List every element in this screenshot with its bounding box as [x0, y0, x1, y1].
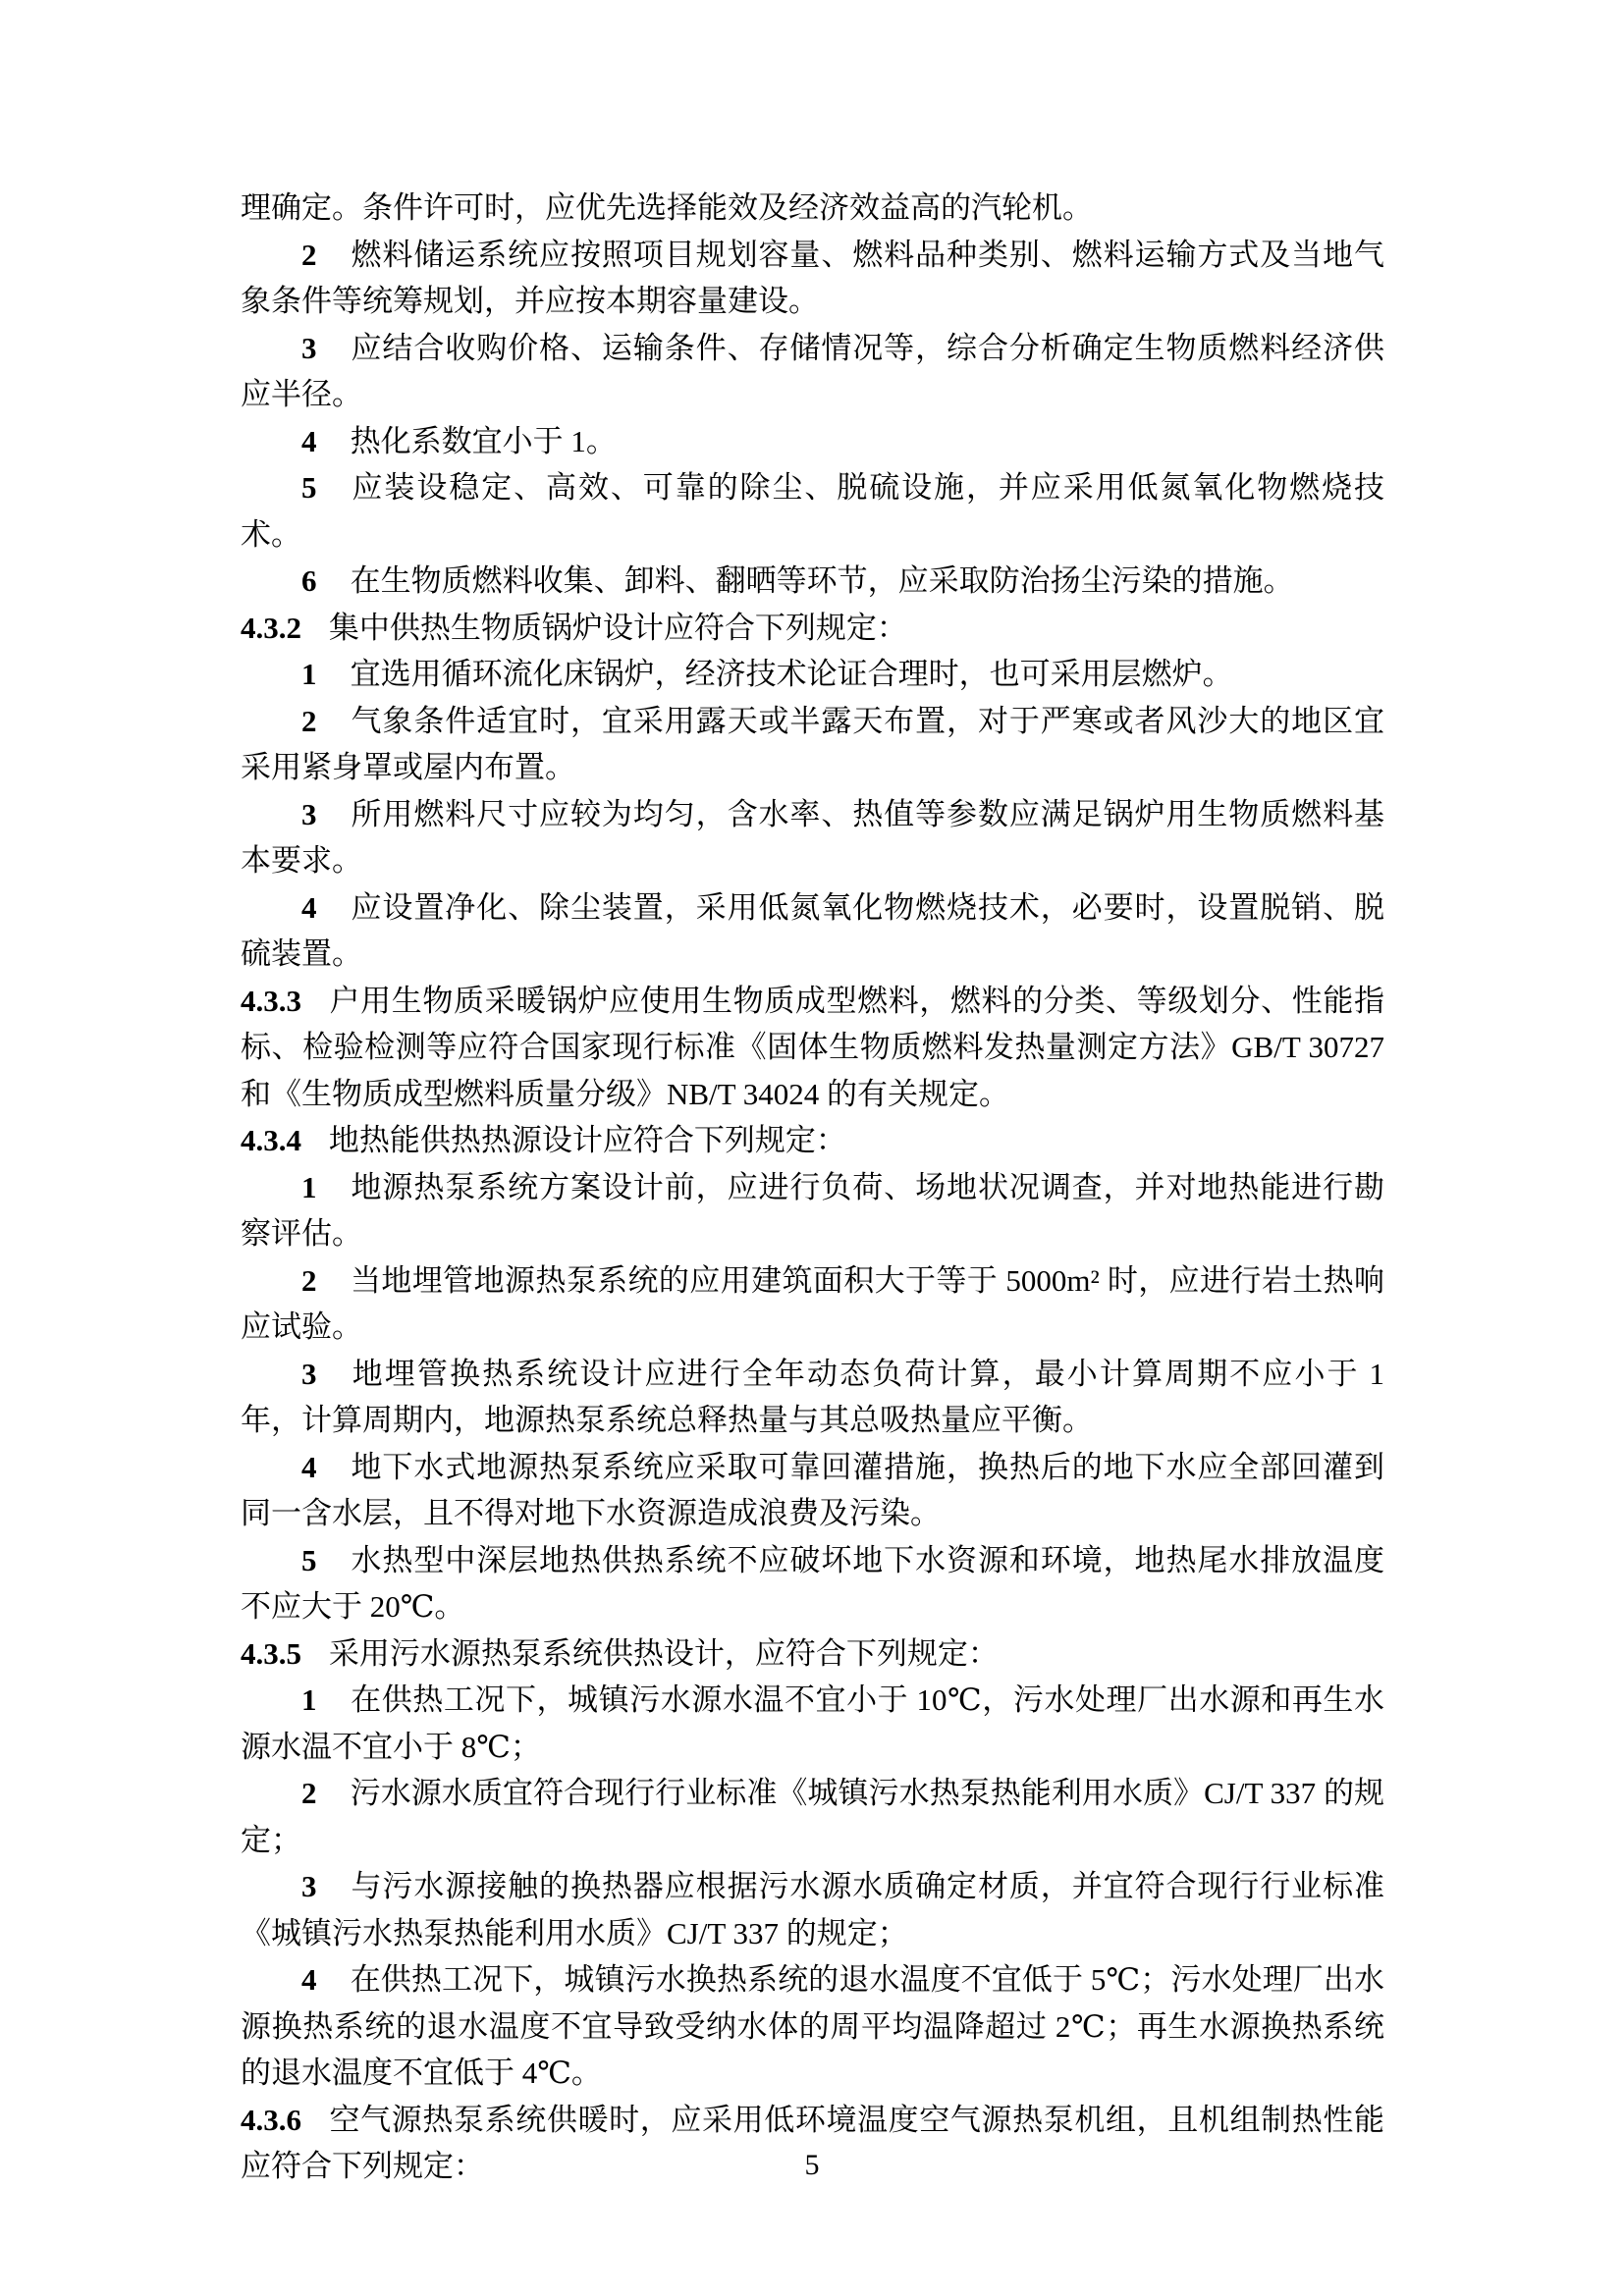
paragraph: 2燃料储运系统应按照项目规划容量、燃料品种类别、燃料运输方式及当地气象条件等统筹… — [241, 232, 1384, 325]
paragraph: 4热化系数宜小于 1。 — [241, 418, 1384, 465]
paragraph-text: 应设置净化、除尘装置，采用低氮氧化物燃烧技术，必要时，设置脱销、脱硫装置。 — [241, 890, 1384, 972]
clause-number: 3 — [301, 331, 317, 365]
paragraph-text: 与污水源接触的换热器应根据污水源水质确定材质，并宜符合现行行业标准《城镇污水热泵… — [241, 1869, 1384, 1950]
clause-number: 4 — [301, 1962, 317, 1997]
paragraph: 2气象条件适宜时，宜采用露天或半露天布置，对于严寒或者风沙大的地区宜采用紧身罩或… — [241, 698, 1384, 791]
clause-number: 4.3.2 — [241, 611, 301, 645]
clause-number: 3 — [301, 797, 317, 831]
paragraph: 3与污水源接触的换热器应根据污水源水质确定材质，并宜符合现行行业标准《城镇污水热… — [241, 1863, 1384, 1956]
clause-number: 2 — [301, 1776, 317, 1810]
paragraph: 1在供热工况下，城镇污水源水温不宜小于 10℃，污水处理厂出水源和再生水源水温不… — [241, 1677, 1384, 1770]
paragraph-text: 水热型中深层地热供热系统不应破坏地下水资源和环境，地热尾水排放温度不应大于 20… — [241, 1543, 1384, 1625]
paragraph-text: 集中供热生物质锅炉设计应符合下列规定： — [329, 611, 907, 645]
paragraph-text: 所用燃料尺寸应较为均匀，含水率、热值等参数应满足锅炉用生物质燃料基本要求。 — [241, 797, 1384, 879]
paragraph-text: 燃料储运系统应按照项目规划容量、燃料品种类别、燃料运输方式及当地气象条件等统筹规… — [241, 238, 1384, 319]
clause-number: 4.3.5 — [241, 1636, 301, 1671]
paragraph: 4应设置净化、除尘装置，采用低氮氧化物燃烧技术，必要时，设置脱销、脱硫装置。 — [241, 884, 1384, 978]
paragraph: 2当地埋管地源热泵系统的应用建筑面积大于等于 5000m² 时，应进行岩土热响应… — [241, 1257, 1384, 1351]
clause-number: 2 — [301, 1263, 317, 1298]
clause-number: 4.3.4 — [241, 1123, 301, 1157]
paragraph: 3地埋管换热系统设计应进行全年动态负荷计算，最小计算周期不应小于 1 年，计算周… — [241, 1351, 1384, 1444]
document-body: 理确定。条件许可时，应优先选择能效及经济效益高的汽轮机。 2燃料储运系统应按照项… — [241, 185, 1384, 2190]
paragraph: 6在生物质燃料收集、卸料、翻晒等环节，应采取防治扬尘污染的措施。 — [241, 558, 1384, 605]
paragraph: 4.3.4地热能供热热源设计应符合下列规定： — [241, 1117, 1384, 1164]
paragraph: 4在供热工况下，城镇污水换热系统的退水温度不宜低于 5℃；污水处理厂出水源换热系… — [241, 1956, 1384, 2097]
document-page: 理确定。条件许可时，应优先选择能效及经济效益高的汽轮机。 2燃料储运系统应按照项… — [0, 0, 1624, 2296]
clause-number: 1 — [301, 1682, 317, 1717]
paragraph-text: 地热能供热热源设计应符合下列规定： — [329, 1123, 846, 1157]
paragraph: 4地下水式地源热泵系统应采取可靠回灌措施，换热后的地下水应全部回灌到同一含水层，… — [241, 1444, 1384, 1537]
paragraph-text: 地埋管换热系统设计应进行全年动态负荷计算，最小计算周期不应小于 1 年，计算周期… — [241, 1357, 1384, 1438]
paragraph: 1地源热泵系统方案设计前，应进行负荷、场地状况调查，并对地热能进行勘察评估。 — [241, 1164, 1384, 1257]
paragraph-text: 当地埋管地源热泵系统的应用建筑面积大于等于 5000m² 时，应进行岩土热响应试… — [241, 1263, 1384, 1345]
clause-number: 4 — [301, 1450, 317, 1484]
clause-number: 1 — [301, 657, 317, 691]
paragraph: 4.3.2集中供热生物质锅炉设计应符合下列规定： — [241, 605, 1384, 652]
clause-number: 3 — [301, 1357, 317, 1391]
paragraph-text: 在生物质燃料收集、卸料、翻晒等环节，应采取防治扬尘污染的措施。 — [351, 563, 1294, 598]
clause-number: 4.3.3 — [241, 984, 301, 1018]
paragraph-text: 地源热泵系统方案设计前，应进行负荷、场地状况调查，并对地热能进行勘察评估。 — [241, 1170, 1384, 1252]
paragraph: 1宜选用循环流化床锅炉，经济技术论证合理时，也可采用层燃炉。 — [241, 651, 1384, 698]
paragraph-text: 应装设稳定、高效、可靠的除尘、脱硫设施，并应采用低氮氧化物燃烧技术。 — [241, 470, 1384, 552]
paragraph-text: 应结合收购价格、运输条件、存储情况等，综合分析确定生物质燃料经济供应半径。 — [241, 331, 1384, 412]
paragraph-text: 户用生物质采暖锅炉应使用生物质成型燃料，燃料的分类、等级划分、性能指标、检验检测… — [241, 984, 1384, 1111]
paragraph: 理确定。条件许可时，应优先选择能效及经济效益高的汽轮机。 — [241, 185, 1384, 232]
clause-number: 4.3.6 — [241, 2103, 301, 2137]
paragraph-text: 理确定。条件许可时，应优先选择能效及经济效益高的汽轮机。 — [241, 190, 1093, 225]
paragraph-text: 采用污水源热泵系统供热设计，应符合下列规定： — [329, 1636, 999, 1671]
paragraph: 3应结合收购价格、运输条件、存储情况等，综合分析确定生物质燃料经济供应半径。 — [241, 325, 1384, 418]
clause-number: 1 — [301, 1170, 317, 1204]
paragraph: 2污水源水质宜符合现行行业标准《城镇污水热泵热能利用水质》CJ/T 337 的规… — [241, 1770, 1384, 1863]
paragraph-text: 宜选用循环流化床锅炉，经济技术论证合理时，也可采用层燃炉。 — [351, 657, 1233, 691]
paragraph-text: 污水源水质宜符合现行行业标准《城镇污水热泵热能利用水质》CJ/T 337 的规定… — [241, 1776, 1384, 1857]
clause-number: 5 — [301, 470, 317, 505]
clause-number: 4 — [301, 424, 317, 458]
clause-number: 2 — [301, 704, 317, 738]
paragraph-text: 在供热工况下，城镇污水换热系统的退水温度不宜低于 5℃；污水处理厂出水源换热系统… — [241, 1962, 1384, 2090]
paragraph-text: 热化系数宜小于 1。 — [351, 424, 617, 458]
paragraph: 5水热型中深层地热供热系统不应破坏地下水资源和环境，地热尾水排放温度不应大于 2… — [241, 1537, 1384, 1630]
clause-number: 4 — [301, 890, 317, 925]
clause-number: 6 — [301, 563, 317, 598]
clause-number: 3 — [301, 1869, 317, 1903]
clause-number: 2 — [301, 238, 317, 272]
paragraph-text: 在供热工况下，城镇污水源水温不宜小于 10℃，污水处理厂出水源和再生水源水温不宜… — [241, 1682, 1384, 1764]
paragraph: 3所用燃料尺寸应较为均匀，含水率、热值等参数应满足锅炉用生物质燃料基本要求。 — [241, 791, 1384, 884]
paragraph: 4.3.3户用生物质采暖锅炉应使用生物质成型燃料，燃料的分类、等级划分、性能指标… — [241, 978, 1384, 1118]
paragraph-text: 气象条件适宜时，宜采用露天或半露天布置，对于严寒或者风沙大的地区宜采用紧身罩或屋… — [241, 704, 1384, 785]
page-number: 5 — [0, 2146, 1624, 2185]
paragraph-text: 地下水式地源热泵系统应采取可靠回灌措施，换热后的地下水应全部回灌到同一含水层，且… — [241, 1450, 1384, 1531]
clause-number: 5 — [301, 1543, 317, 1577]
paragraph: 5应装设稳定、高效、可靠的除尘、脱硫设施，并应采用低氮氧化物燃烧技术。 — [241, 464, 1384, 558]
paragraph: 4.3.5采用污水源热泵系统供热设计，应符合下列规定： — [241, 1630, 1384, 1678]
